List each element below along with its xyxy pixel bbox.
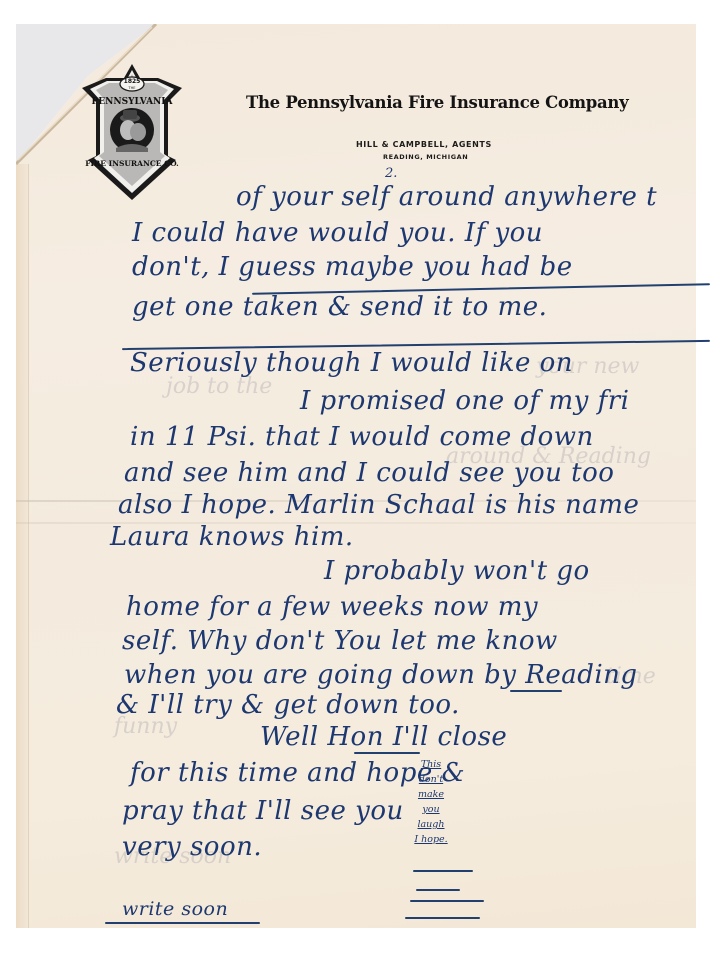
side-note-word: you [406, 802, 456, 817]
handwritten-line: also I hope. Marlin Schaal is his name [118, 490, 639, 520]
handwritten-line: very soon. [122, 832, 262, 862]
logo-bottom-text: FIRE INSURANCE CO. [85, 159, 179, 168]
side-note-word: I hope. [406, 832, 456, 847]
side-note-word: This [406, 757, 456, 772]
dash-stroke [405, 917, 480, 919]
side-note-word: laugh [406, 817, 456, 832]
agents-line: HILL & CAMPBELL, AGENTS [356, 140, 492, 149]
handwritten-line: in 11 Psi. that I would come down [130, 422, 594, 452]
side-note-word: make [406, 787, 456, 802]
city-line: READING, MICHIGAN [383, 153, 468, 161]
handwritten-line: & I'll try & get down too. [116, 690, 460, 720]
folded-left-edge [16, 164, 29, 928]
handwritten-line: Well Hon I'll close [260, 722, 507, 752]
company-name: The Pennsylvania Fire Insurance Company [246, 93, 628, 112]
side-note: This don't make you laugh I hope. [406, 757, 456, 847]
company-shield-logo-icon: 1825 THE PENNSYLVANIA FIRE INSURANCE CO. [80, 62, 184, 202]
handwritten-line: I promised one of my fri [300, 386, 629, 416]
logo-top-text: PENNSYLVANIA [92, 97, 174, 107]
handwritten-line: I could have would you. If you [132, 218, 543, 248]
page-number: 2. [385, 166, 397, 181]
handwritten-line: when you are going down by Reading [124, 660, 638, 690]
side-note-word: don't [406, 772, 456, 787]
underline-stroke [354, 752, 420, 754]
logo-the: THE [128, 86, 136, 90]
handwritten-line: home for a few weeks now my [126, 592, 538, 622]
handwritten-line: pray that I'll see you [122, 796, 404, 826]
dash-stroke [416, 889, 460, 891]
handwritten-line: I probably won't go [324, 556, 590, 586]
dash-stroke [413, 870, 473, 872]
postscript: write soon [122, 898, 228, 920]
handwritten-line: don't, I guess maybe you had be [132, 252, 573, 282]
underline-stroke [510, 690, 562, 692]
handwritten-line: of your self around anywhere t [236, 182, 657, 212]
dash-stroke [410, 900, 484, 902]
logo-year: 1825 [124, 78, 141, 85]
handwritten-line: and see him and I could see you too [124, 458, 614, 488]
postscript-underline [105, 922, 260, 924]
handwritten-line: Seriously though I would like on [130, 348, 573, 378]
handwritten-line: Laura knows him. [110, 522, 354, 552]
handwritten-line: self. Why don't You let me know [122, 626, 558, 656]
handwritten-line: get one taken & send it to me. [132, 292, 547, 322]
